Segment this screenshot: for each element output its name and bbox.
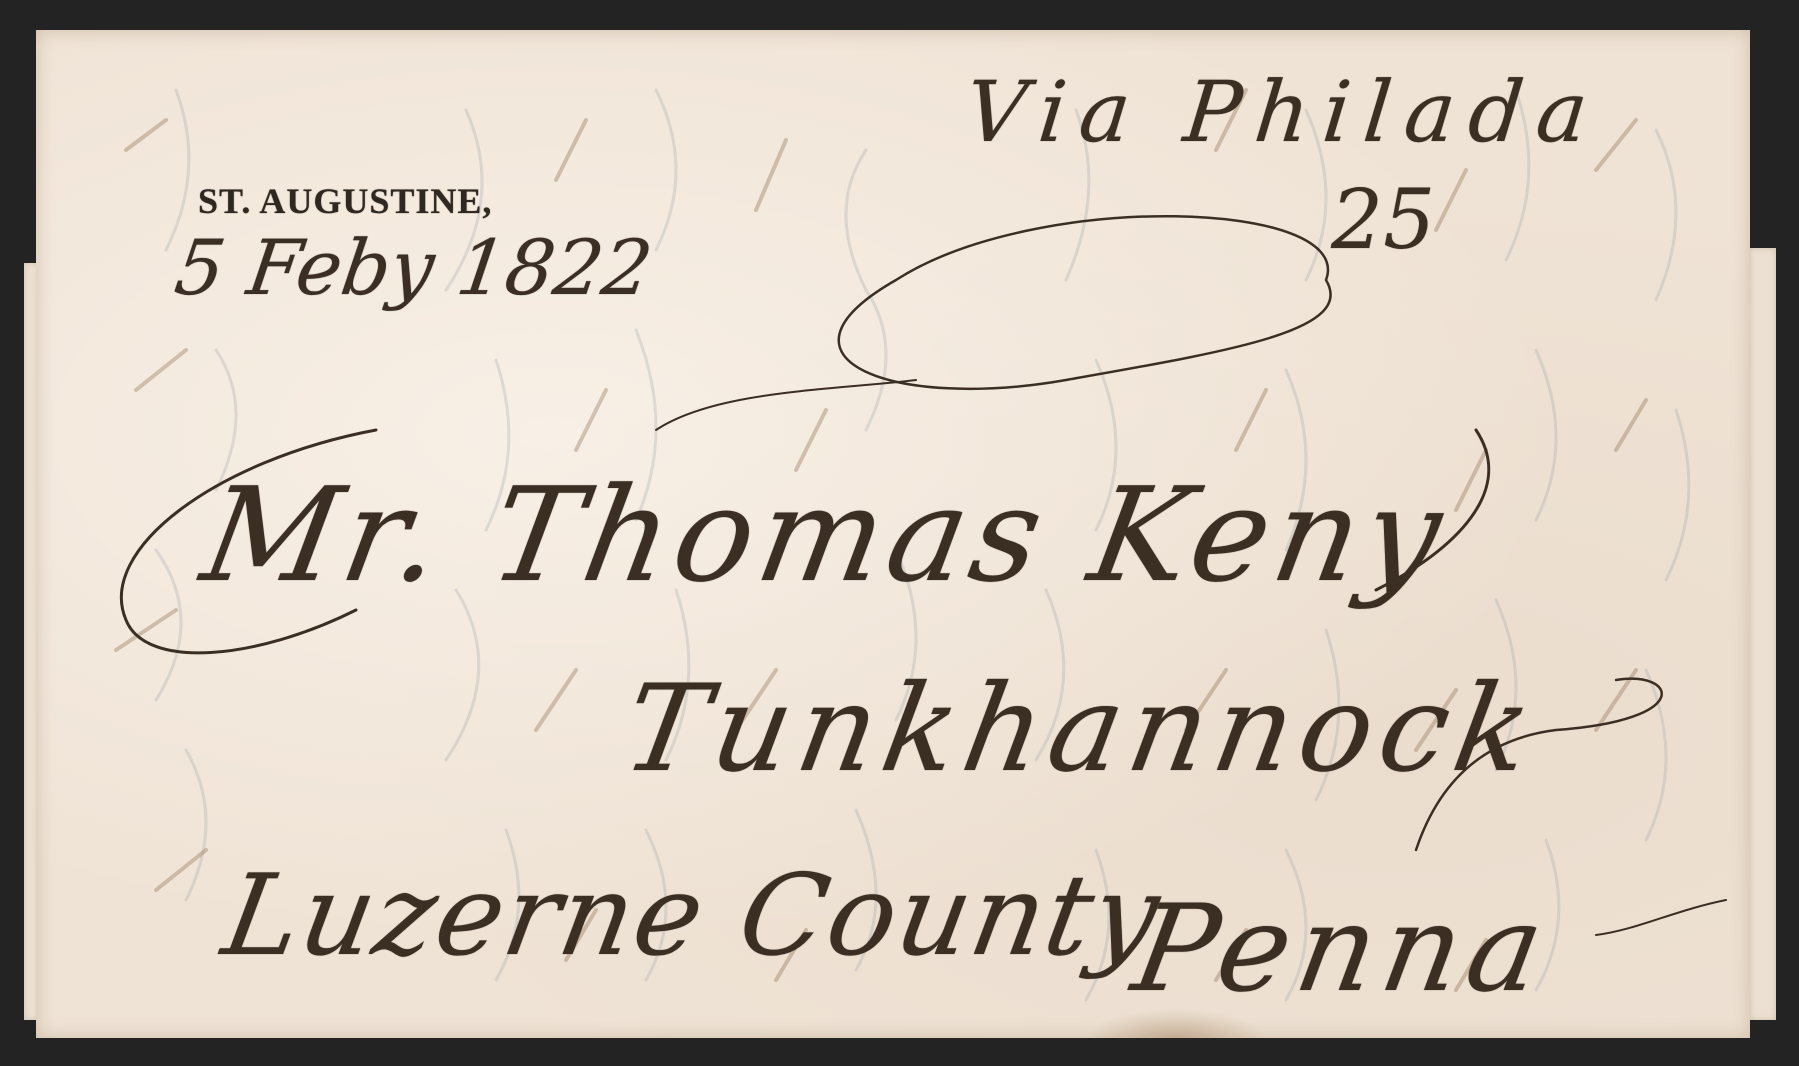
address-town: Tunkhannock xyxy=(615,670,1547,790)
address-county: Luzerne County xyxy=(216,860,1169,972)
postage-rate: 25 xyxy=(1331,180,1435,262)
routing-endorsement: Via Philada xyxy=(962,70,1606,154)
right-paper-flap xyxy=(1748,248,1776,1020)
addressee-name: Mr. Thomas Keny xyxy=(195,470,1457,600)
manuscript-date: 5 Feby 1822 xyxy=(171,230,657,306)
town-postmark: ST. AUGUSTINE, xyxy=(198,180,492,222)
letter-cover: ST. AUGUSTINE, 5 Feby 1822 Via Philada 2… xyxy=(36,30,1750,1038)
address-state: Penna xyxy=(1125,890,1559,1010)
